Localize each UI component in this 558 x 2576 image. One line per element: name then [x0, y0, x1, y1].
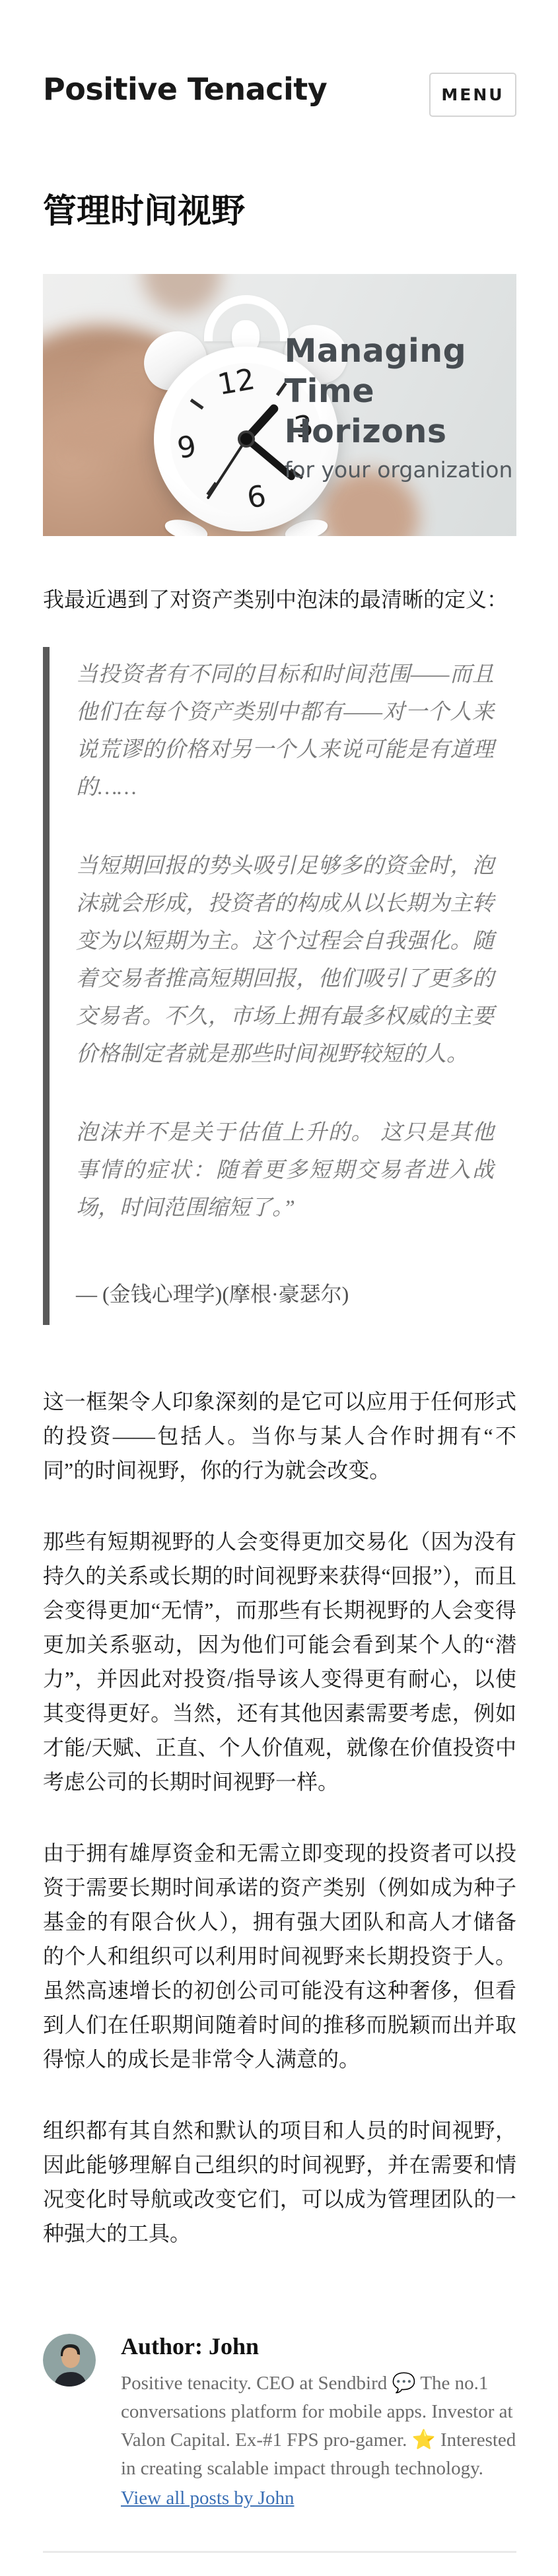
clock-number-9: 9 — [175, 429, 199, 465]
hero-heading-line1: Managing — [285, 331, 516, 371]
body-paragraph: 组织都有其自然和默认的项目和人员的时间视野，因此能够理解自己组织的时间视野，并在… — [43, 2113, 516, 2251]
post-title: 管理时间视野 — [43, 193, 516, 232]
hero-image: 12 3 6 9 Managing — [43, 274, 516, 536]
author-bio: Positive tenacity. CEO at Sendbird 💬 The… — [121, 2369, 516, 2483]
avatar-photo — [43, 2334, 96, 2387]
quote-paragraph: 当短期回报的势头吸引足够多的资金时，泡沫就会形成，投资者的构成从以长期为主转变为… — [76, 848, 494, 1073]
hero-heading-line2: Time Horizons — [285, 371, 516, 452]
body-paragraph: 那些有短期视野的人会变得更加交易化（因为没有持久的关系或长期的时间视野来获得“回… — [43, 1524, 516, 1799]
author-info: Author: John Positive tenacity. CEO at S… — [121, 2331, 516, 2513]
site-title-link[interactable]: Positive Tenacity — [43, 71, 327, 107]
author-section: Author: John Positive tenacity. CEO at S… — [43, 2331, 516, 2513]
clock-tick — [190, 398, 204, 409]
hero-caption: Managing Time Horizons for your organiza… — [285, 331, 516, 483]
clock-number-12: 12 — [215, 362, 258, 401]
body-paragraph: 由于拥有雄厚资金和无需立即变现的投资者可以投资于需要长期时间承诺的资产类别（例如… — [43, 1836, 516, 2076]
quote-citation: — (金钱心理学)(摩根·豪瑟尔) — [76, 1277, 494, 1308]
view-all-posts-link[interactable]: View all posts by John — [121, 2484, 294, 2513]
menu-button[interactable]: MENU — [429, 73, 516, 117]
clock-second-hand — [207, 438, 248, 500]
intro-paragraph: 我最近遇到了对资产类别中泡沫的最清晰的定义： — [43, 582, 516, 617]
hero-subheading: for your organization — [285, 457, 516, 483]
body-paragraph: 这一框架令人印象深刻的是它可以应用于任何形式的投资——包括人。当你与某人合作时拥… — [43, 1384, 516, 1487]
bottom-padding — [0, 2553, 558, 2562]
quote-block: 当投资者有不同的目标和时间范围——而且他们在每个资产类别中都有——对一个人来说荒… — [43, 647, 516, 1325]
avatar — [43, 2334, 96, 2387]
hand-finger-shape — [142, 274, 221, 314]
article: 管理时间视野 12 3 6 9 — [0, 193, 558, 2251]
quote-paragraph: 当投资者有不同的目标和时间范围——而且他们在每个资产类别中都有——对一个人来说荒… — [76, 656, 494, 807]
clock-number-6: 6 — [244, 479, 268, 515]
site-header: Positive Tenacity MENU — [0, 0, 558, 119]
page: Positive Tenacity MENU 管理时间视野 12 — [0, 0, 558, 2562]
author-heading: Author: John — [121, 2332, 516, 2360]
quote-paragraph: 泡沫并不是关于估值上升的。 这只是其他事情的症状：随着更多短期交易者进入战场，时… — [76, 1114, 494, 1227]
